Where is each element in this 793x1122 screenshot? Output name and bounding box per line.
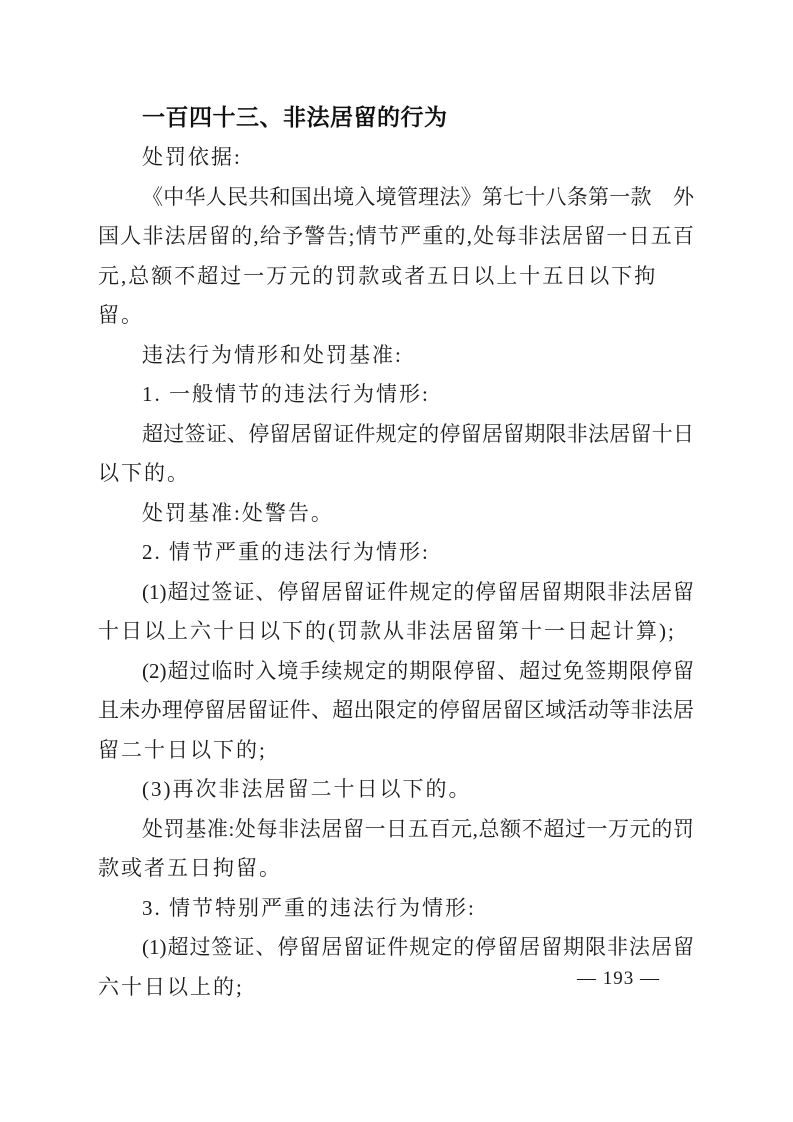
text-line: 且未办理停留居留证件、超出限定的停留居留区域活动等非法居 — [98, 691, 694, 731]
text-line: 处罚基准:处警告。 — [98, 494, 694, 534]
text-line: 元,总额不超过一万元的罚款或者五日以上十五日以下拘留。 — [98, 257, 694, 336]
document-page: 一百四十三、非法居留的行为 处罚依据:《中华人民共和国出境入境管理法》第七十八条… — [0, 0, 793, 1122]
text-line: (2)超过临时入境手续规定的期限停留、超过免签期限停留 — [98, 652, 694, 692]
text-line: 十日以上六十日以下的(罚款从非法居留第十一日起计算); — [98, 612, 694, 652]
text-line: (1)超过签证、停留居留证件规定的停留居留期限非法居留 — [98, 573, 694, 613]
text-line: (3)再次非法居留二十日以下的。 — [98, 770, 694, 810]
page-number: — 193 — — [577, 968, 660, 990]
text-line: 国人非法居留的,给予警告;情节严重的,处每非法居留一日五百 — [98, 217, 694, 257]
section-heading: 一百四十三、非法居留的行为 — [98, 97, 694, 138]
text-line: 超过签证、停留居留证件规定的停留居留期限非法居留十日 — [98, 415, 694, 455]
text-line: 以下的。 — [98, 454, 694, 494]
text-line: 3. 情节特别严重的违法行为情形: — [98, 889, 694, 929]
text-line: 处罚依据: — [98, 138, 694, 178]
text-line: (1)超过签证、停留居留证件规定的停留居留期限非法居留 — [98, 928, 694, 968]
document-body: 处罚依据:《中华人民共和国出境入境管理法》第七十八条第一款 外国人非法居留的,给… — [98, 138, 694, 1007]
text-line: 款或者五日拘留。 — [98, 849, 694, 889]
text-line: 《中华人民共和国出境入境管理法》第七十八条第一款 外 — [98, 178, 694, 218]
text-line: 1. 一般情节的违法行为情形: — [98, 375, 694, 415]
text-line: 违法行为情形和处罚基准: — [98, 336, 694, 376]
text-line: 处罚基准:处每非法居留一日五百元,总额不超过一万元的罚 — [98, 810, 694, 850]
text-line: 2. 情节严重的违法行为情形: — [98, 533, 694, 573]
text-line: 留二十日以下的; — [98, 731, 694, 771]
document-content: 一百四十三、非法居留的行为 处罚依据:《中华人民共和国出境入境管理法》第七十八条… — [98, 97, 694, 1007]
